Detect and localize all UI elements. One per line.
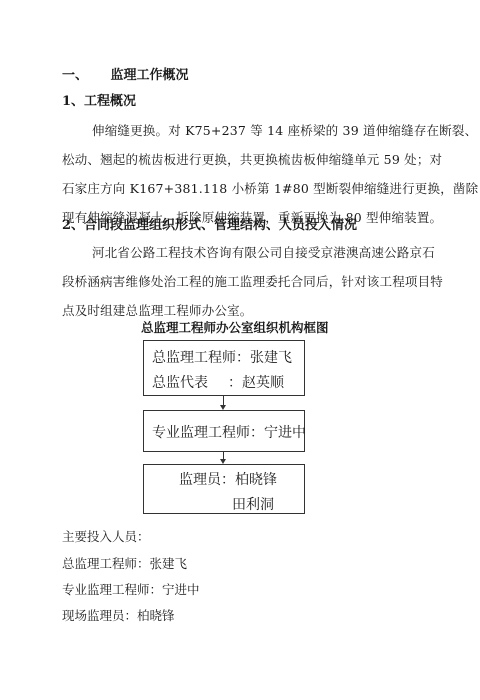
chief-deputy-label: 总监代表: [152, 372, 208, 392]
paragraph-line: 段桥涵病害维修处治工程的施工监理委托合同后，针对该工程项目特: [62, 272, 443, 290]
personnel-item: 总监理工程师：张建飞: [62, 554, 187, 572]
personnel-item: 专业监理工程师：宁进中: [62, 580, 200, 598]
org-chart-title: 总监理工程师办公室组织机构框图: [141, 318, 329, 336]
org-box-chief: 总监理工程师：张建飞 总监代表 ：赵英顺: [143, 340, 305, 396]
specialist-engineer: 专业监理工程师：宁进中: [152, 422, 306, 442]
org-box-supervisor: 监理员：柏晓锋 田利洞: [143, 464, 305, 514]
personnel-intro: 主要投入人员：: [62, 527, 150, 545]
paragraph-line: 伸缩缝更换。对 K75+237 等 14 座桥梁的 39 道伸缩缝存在断裂、: [92, 121, 477, 139]
section-heading-1: 一、 监理工作概况: [62, 64, 189, 83]
section-number: 一、: [62, 68, 88, 83]
section-title: 监理工作概况: [111, 68, 189, 83]
subsection-heading-1: 1、工程概况: [62, 90, 136, 109]
chief-engineer: 总监理工程师：张建飞: [152, 347, 292, 367]
supervisor-2: 田利洞: [232, 494, 274, 514]
paragraph-line: 河北省公路工程技术咨询有限公司自接受京港澳高速公路京石: [92, 243, 435, 261]
paragraph-line: 点及时组建总监理工程师办公室。: [62, 301, 253, 319]
personnel-item: 现场监理员：柏晓锋: [62, 606, 175, 624]
subsection-heading-2: 2、合同段监理组织形式、管理结构、人员投入情况: [62, 214, 357, 233]
org-box-specialist: 专业监理工程师：宁进中: [143, 410, 305, 452]
paragraph-line: 石家庄方向 K167+381.118 小桥第 1#80 型断裂伸缩缝进行更换，凿…: [62, 179, 478, 197]
supervisor-1: 监理员：柏晓锋: [179, 469, 277, 489]
chief-deputy-name: ：赵英顺: [228, 372, 284, 392]
paragraph-line: 松动、翘起的梳齿板进行更换，共更换梳齿板伸缩缝单元 59 处；对: [62, 150, 442, 168]
